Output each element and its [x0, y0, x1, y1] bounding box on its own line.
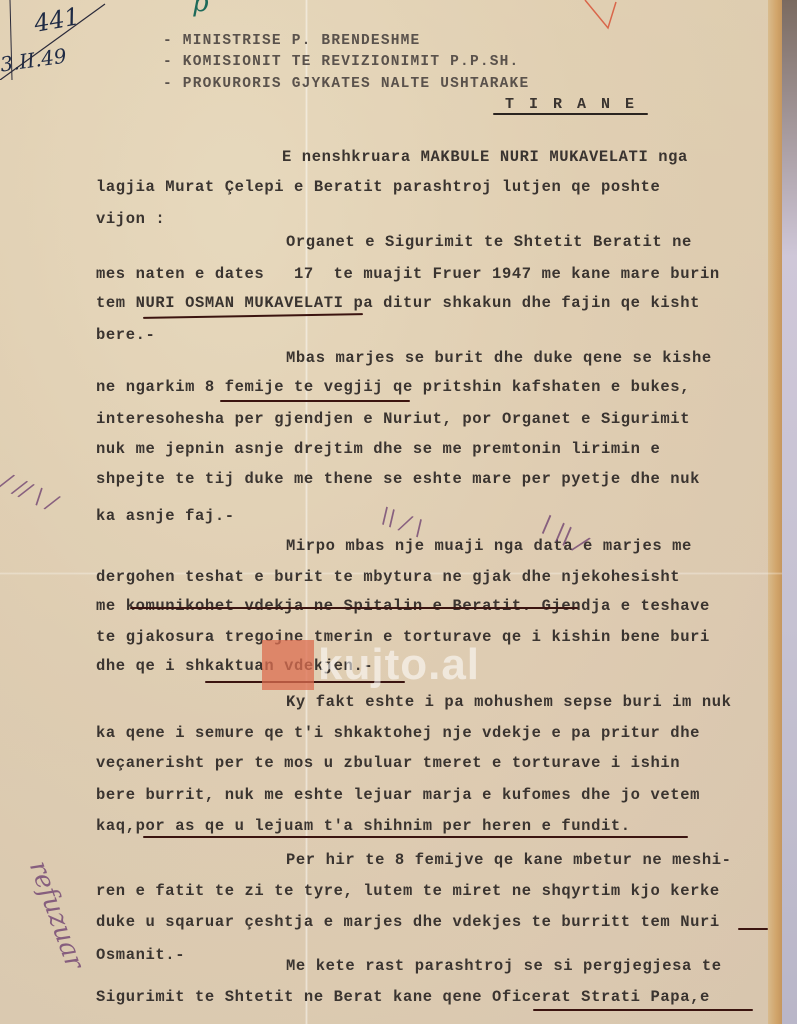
- letter-line: ka qene i semure qe t'i shkaktohej nje v…: [96, 724, 700, 742]
- letter-line: vijon :: [96, 210, 165, 228]
- letter-line: interesohesha per gjendjen e Nuriut, por…: [96, 410, 690, 428]
- letter-line: ne ngarkim 8 femije te vegjij qe pritshi…: [96, 378, 690, 396]
- watermark-text: kujto.al: [318, 640, 480, 690]
- letter-line: Me kete rast parashtroj se si pergjegjes…: [286, 957, 722, 975]
- paper-edge: [768, 0, 782, 1024]
- letter-line: lagjia Murat Çelepi e Beratit parashtroj…: [96, 178, 660, 196]
- letter-line: bere.-: [96, 326, 155, 344]
- letter-line: shpejte te tij duke me thene se eshte ma…: [96, 470, 700, 488]
- letter-line: ka asnje faj.-: [96, 507, 235, 525]
- recipient-line: - MINISTRISE P. BRENDESHME: [163, 32, 420, 50]
- letter-line: Mirpo mbas nje muaji nga data e marjes m…: [286, 537, 692, 555]
- recipient-line: - KOMISIONIT TE REVIZIONIMIT P.P.SH.: [163, 53, 519, 71]
- city-underline: [493, 113, 648, 115]
- recipient-line: - PROKURORIS GJYKATES NALTE USHTARAKE: [163, 75, 529, 93]
- letter-line: duke u sqaruar çeshtja e marjes dhe vdek…: [96, 913, 720, 931]
- red-pencil-mark: [580, 0, 620, 30]
- letter-line: Ky fakt eshte i pa mohushem sepse buri i…: [286, 693, 732, 711]
- letter-line: Osmanit.-: [96, 946, 185, 964]
- handwritten-mark: p: [192, 0, 209, 18]
- letter-line: kaq,por as qe u lejuam t'a shihnim per h…: [96, 817, 631, 835]
- letter-line: Mbas marjes se burit dhe duke qene se ki…: [286, 349, 712, 367]
- underline-last-time: [143, 836, 688, 838]
- letter-line: bere burrit, nuk me eshte lejuar marja e…: [96, 786, 700, 804]
- letter-line: nuk me jepnin asnje drejtim dhe se me pr…: [96, 440, 660, 458]
- letter-line: Sigurimit te Shtetit ne Berat kane qene …: [96, 988, 710, 1006]
- letter-line: Organet e Sigurimit te Shtetit Beratit n…: [286, 233, 692, 251]
- letter-line: dergohen teshat e burit te mbytura ne gj…: [96, 568, 680, 586]
- letter-line: veçanerisht per te mos u zbuluar tmeret …: [96, 754, 680, 772]
- city-heading: T I R A N E: [505, 96, 637, 114]
- watermark: kujto.al: [262, 640, 480, 690]
- watermark-logo-icon: [262, 640, 314, 690]
- letter-line: me komunikohet vdekja ne Spitalin e Bera…: [96, 597, 710, 615]
- letter-line: mes naten e dates 17 te muajit Fruer 194…: [96, 265, 720, 283]
- letter-line: Per hir te 8 femijve qe kane mbetur ne m…: [286, 851, 732, 869]
- underline-death-notice: [130, 607, 578, 609]
- underline-officers: [533, 1009, 753, 1011]
- letter-line: E nenshkruara MAKBULE NURI MUKAVELATI ng…: [282, 148, 688, 166]
- underline-nuri: [738, 928, 768, 930]
- underline-children: [220, 400, 410, 402]
- letter-line: tem NURI OSMAN MUKAVELATI pa ditur shkak…: [96, 294, 700, 312]
- background-surface: [782, 0, 797, 1024]
- letter-line: ren e fatit te zi te tyre, lutem te mire…: [96, 882, 720, 900]
- handwritten-slash: [0, 0, 110, 80]
